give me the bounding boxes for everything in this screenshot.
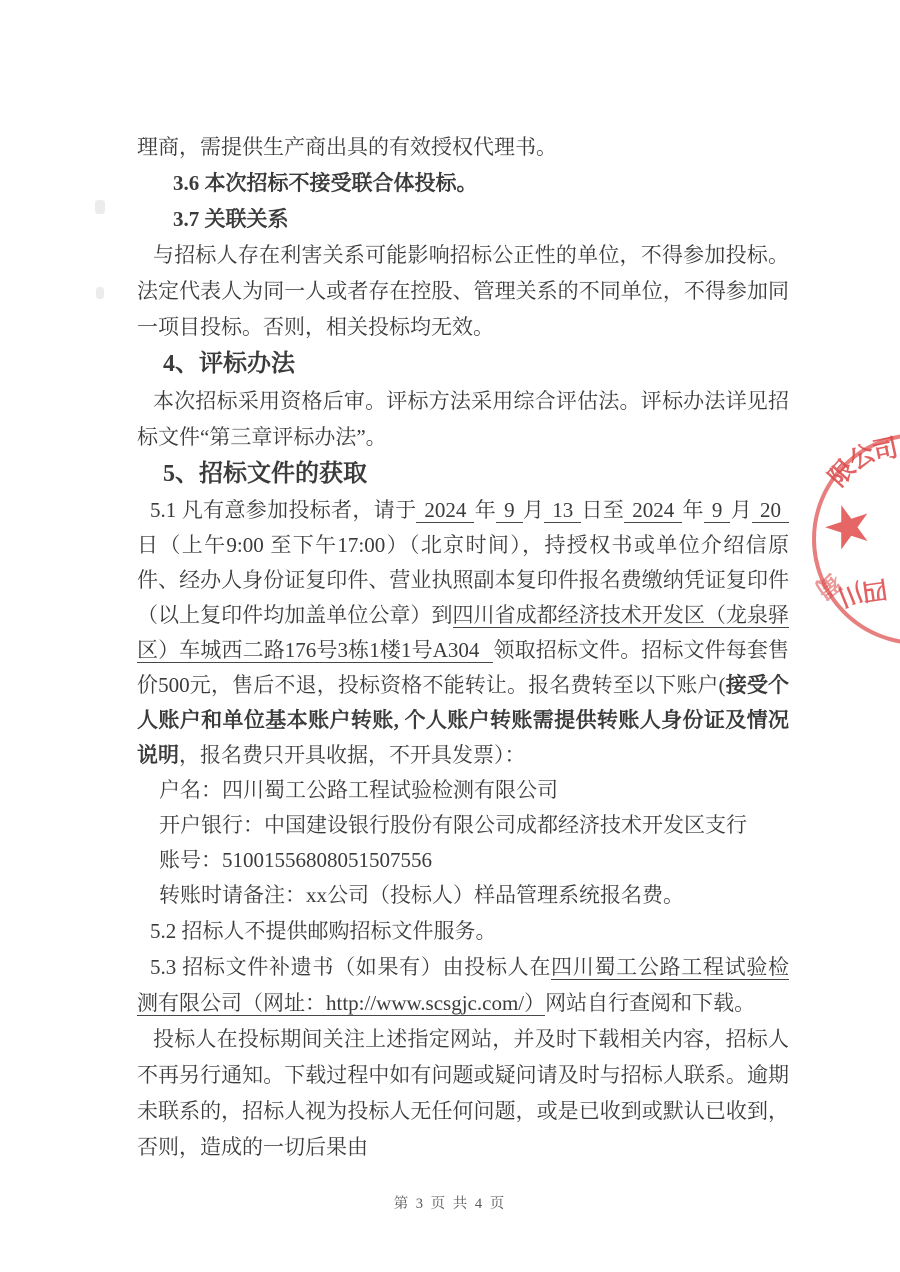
blank-start-month: 9: [496, 498, 523, 523]
date-range-separator: 日至: [581, 498, 624, 522]
section-3-6: 3.6 本次招标不接受联合体投标。: [137, 165, 789, 201]
blank-end-month: 9: [704, 498, 731, 523]
blank-start-year: 2024: [416, 498, 474, 523]
s53-tail: 网站自行查阅和下载。: [545, 991, 755, 1015]
section-5-3: 5.3 招标文件补遗书（如果有）由投标人在四川蜀工公路工程试验检测有限公司（网址…: [137, 949, 789, 1021]
company-seal-stamp: ★ 限 公 司 蜀 川 四: [812, 433, 900, 645]
scan-smudge: [96, 287, 104, 299]
section-5-heading: 5、招标文件的获取: [137, 455, 789, 493]
seal-arc-char: 司: [871, 436, 900, 466]
section-4-heading: 4、评标办法: [137, 345, 789, 383]
seal-arc-char: 四: [860, 575, 888, 603]
unit-year: 年: [474, 498, 496, 522]
section-4-body: 本次招标采用资格后审。评标方法采用综合评估法。评标办法详见招标文件“第三章评标办…: [137, 383, 789, 455]
scan-smudge: [95, 200, 105, 214]
paragraph-final: 投标人在投标期间关注上述指定网站，并及时下载相关内容，招标人不再另行通知。下载过…: [137, 1021, 789, 1165]
unit-month: 月: [523, 498, 545, 522]
page-number-footer: 第 3 页 共 4 页: [0, 1192, 900, 1213]
section-5-2: 5.2 招标人不提供邮购招标文件服务。: [137, 913, 789, 949]
blank-end-year: 2024: [624, 498, 682, 523]
s51-lead: 5.1 凡有意参加投标者，请于: [150, 498, 416, 522]
unit-year: 年: [682, 498, 704, 522]
account-number: 账号：51001556808051507556: [137, 843, 789, 878]
account-holder: 户名：四川蜀工公路工程试验检测有限公司: [137, 773, 789, 808]
blank-start-day: 13: [544, 498, 581, 523]
paragraph-carryover: 理商，需提供生产商出具的有效授权代理书。: [137, 129, 789, 165]
document-body: 理商，需提供生产商出具的有效授权代理书。 3.6 本次招标不接受联合体投标。 3…: [137, 129, 789, 1165]
section-3-7-body: 与招标人存在利害关系可能影响招标公正性的单位，不得参加投标。法定代表人为同一人或…: [137, 237, 789, 345]
document-page: 理商，需提供生产商出具的有效授权代理书。 3.6 本次招标不接受联合体投标。 3…: [0, 0, 900, 1272]
account-transfer-memo: 转账时请备注：xx公司（投标人）样品管理系统报名费。: [137, 878, 789, 913]
section-3-7-title: 3.7 关联关系: [137, 201, 789, 237]
s53-lead: 5.3 招标文件补遗书（如果有）由投标人在: [150, 955, 551, 979]
blank-end-day: 20: [752, 498, 789, 523]
account-bank: 开户银行：中国建设银行股份有限公司成都经济技术开发区支行: [137, 808, 789, 843]
s51-tail: ，报名费只开具收据，不开具发票）：: [179, 743, 526, 767]
section-5-1: 5.1 凡有意参加投标者，请于2024年9月13日至2024年9月20日（上午9…: [137, 493, 789, 773]
unit-month: 月: [730, 498, 752, 522]
